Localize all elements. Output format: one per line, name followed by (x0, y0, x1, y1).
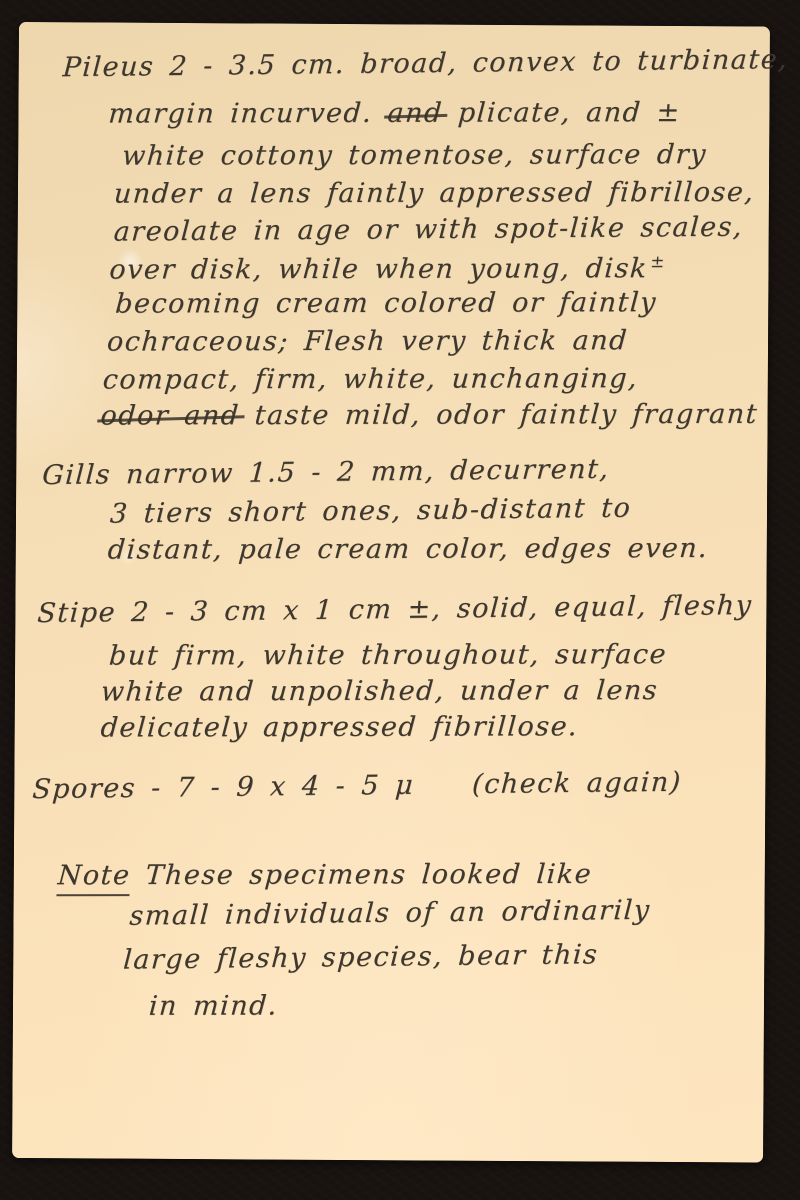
handwritten-line-pileus-5: areolate in age or with spot-like scales… (113, 212, 744, 248)
handwriting-text: Spores - 7 - 9 x 4 - 5 μ (31, 770, 415, 805)
handwritten-line-gills-1: Gills narrow 1.5 - 2 mm, decurrent, (41, 454, 610, 491)
handwritten-line-pileus-2: margin incurved. and plicate, and ± (107, 97, 681, 130)
handwriting-text: distant, pale cream color, edges even. (107, 533, 710, 566)
handwritten-line-pileus-1: Pileus 2 - 3.5 cm. broad, convex to turb… (62, 44, 789, 83)
handwritten-line-pileus-10: odor and taste mild, odor faintly fragra… (100, 399, 760, 432)
handwritten-line-stipe-1: Stipe 2 - 3 cm x 1 cm ±, solid, equal, f… (36, 590, 753, 629)
struck-out-text: odor and (100, 400, 241, 431)
handwriting-text: Gills narrow 1.5 - 2 mm, decurrent, (41, 454, 610, 491)
handwriting-text: (check again) (471, 767, 682, 800)
handwriting-text: but firm, white throughout, surface (108, 639, 668, 671)
handwriting-text: ± (650, 251, 667, 271)
handwriting-text: small individuals of an ordinarily (129, 895, 652, 932)
handwriting-text: delicately appressed fibrillose. (100, 711, 580, 743)
handwriting-text: ochraceous; Flesh very thick and (106, 325, 629, 357)
handwriting-text: areolate in age or with spot-like scales… (113, 212, 744, 248)
handwritten-line-pileus-4: under a lens faintly appressed fibrillos… (113, 177, 756, 210)
handwritten-line-gills-3: distant, pale cream color, edges even. (107, 533, 710, 566)
handwriting-text: white and unpolished, under a lens (100, 675, 659, 707)
handwriting-text: Pileus 2 - 3.5 cm. broad, convex to turb… (62, 44, 789, 83)
handwriting-text: compact, firm, white, unchanging, (102, 363, 639, 395)
handwriting-text: taste mild, odor faintly fragrant (239, 399, 759, 431)
handwritten-line-pileus-6: over disk, while when young, disk± (108, 251, 666, 285)
handwritten-line-gills-2: 3 tiers short ones, sub-distant to (109, 493, 632, 530)
handwriting-text: large fleshy species, bear this (122, 939, 599, 975)
handwritten-line-note-2: small individuals of an ordinarily (129, 895, 652, 932)
handwritten-line-stipe-4: delicately appressed fibrillose. (100, 711, 580, 743)
handwritten-line-spores-1: Spores - 7 - 9 x 4 - 5 μ(check again) (31, 767, 682, 805)
handwritten-line-pileus-3: white cottony tomentose, surface dry (121, 139, 708, 172)
handwritten-line-note-4: in mind. (148, 990, 279, 1021)
handwriting-text: under a lens faintly appressed fibrillos… (113, 177, 756, 210)
underlined-heading: Note (56, 860, 131, 896)
handwritten-line-stipe-2: but firm, white throughout, surface (108, 639, 668, 671)
handwritten-line-pileus-7: becoming cream colored or faintly (114, 287, 658, 319)
handwriting-text: over disk, while when young, disk (108, 253, 649, 285)
handwriting-text: in mind. (148, 990, 279, 1021)
handwriting-text: Stipe 2 - 3 cm x 1 cm ±, solid, equal, f… (36, 590, 753, 629)
handwritten-line-pileus-9: compact, firm, white, unchanging, (102, 363, 639, 395)
handwriting-text: margin incurved. (107, 98, 388, 130)
handwritten-line-pileus-8: ochraceous; Flesh very thick and (106, 325, 629, 357)
handwritten-line-note-1: Note These specimens looked like (57, 859, 593, 891)
struck-out-text: and (387, 98, 444, 129)
handwriting-text: These specimens looked like (129, 859, 593, 891)
handwritten-line-note-3: large fleshy species, bear this (122, 939, 599, 975)
handwritten-line-stipe-3: white and unpolished, under a lens (100, 675, 659, 707)
handwriting-text: becoming cream colored or faintly (114, 287, 658, 319)
note-card: Pileus 2 - 3.5 cm. broad, convex to turb… (12, 22, 770, 1163)
handwriting-text: white cottony tomentose, surface dry (121, 139, 708, 172)
photo-background: { "page": { "background_color": "#181310… (0, 0, 800, 1200)
handwriting-text: plicate, and ± (442, 97, 682, 129)
handwriting-text: 3 tiers short ones, sub-distant to (109, 493, 632, 530)
